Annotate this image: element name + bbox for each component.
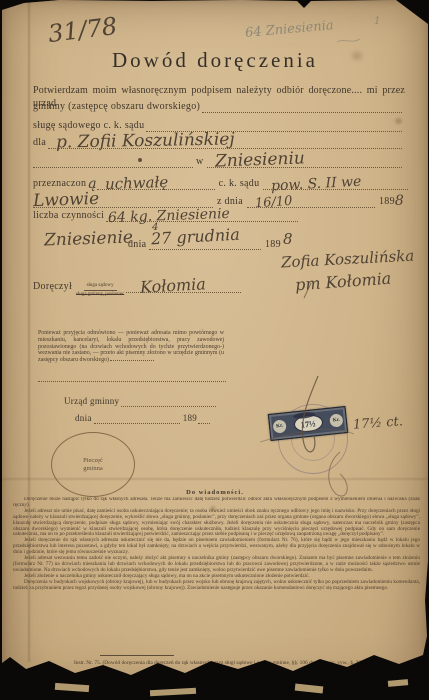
document-paper: 31/78 64 Zniesienia 1 Dowód doręczenia P… bbox=[2, 0, 428, 692]
row-w: w Zniesieniu bbox=[33, 156, 402, 168]
notice-heading: Do wiadomości. bbox=[2, 489, 428, 496]
dla-blank: p. Zofii Koszulińskiej bbox=[48, 146, 402, 149]
seal-label-line1: Pieczęć bbox=[83, 457, 103, 465]
city-handwriting: Lwowie bbox=[33, 189, 100, 211]
pencil-note: 64 Zniesienia bbox=[245, 18, 335, 41]
deposit-clause-line bbox=[38, 381, 226, 382]
doreczyl-role-commune-struck: sługa gminny, posłaniec bbox=[76, 291, 124, 298]
dnia-label: dnia bbox=[128, 239, 146, 250]
date-handwriting: 16/10 bbox=[254, 194, 292, 212]
gminny-blank bbox=[202, 110, 402, 113]
w-blank-left bbox=[33, 165, 193, 168]
notice-paragraph: Jeżeli adresat wezwaniu temu zadość nie … bbox=[13, 556, 420, 574]
office-year-blank bbox=[198, 421, 210, 424]
deposit-clause-blank bbox=[110, 358, 154, 361]
notice-paragraph: Jeżeli doręczenie do rąk własnych adresa… bbox=[13, 538, 420, 556]
torn-paper-fragment bbox=[295, 684, 324, 694]
doreczyl-label: Doręczył bbox=[33, 281, 74, 293]
notice-paragraph: Jeżeli adresat nie umie pisać, datę zami… bbox=[13, 509, 420, 539]
footer-rule bbox=[100, 655, 174, 656]
office-date-blank bbox=[94, 421, 180, 424]
ck-sadu-blank: pow. S. II we bbox=[263, 187, 408, 190]
footer-instruction: Instr. Nr. 75. (Dowód doręczenia dla dor… bbox=[74, 660, 426, 666]
year2-printed: 189 bbox=[265, 239, 281, 250]
year-printed: 189 bbox=[375, 196, 395, 208]
row-liczba: liczba czynności 64 kg. Zniesienie bbox=[33, 210, 298, 222]
office-dnia-label: dnia bbox=[75, 412, 94, 424]
doreczyl-role-choice: sługa sądowy sługa gminny, posłaniec bbox=[76, 283, 124, 298]
sluga-label: sługę sądowego c. k. sądu bbox=[33, 120, 146, 132]
doreczyl-role-court: sługa sądowy bbox=[84, 283, 117, 291]
year-handwriting: 8 bbox=[395, 193, 404, 209]
doreczyl-handwriting: Kołomia bbox=[140, 274, 207, 296]
row-przeznaczon: przeznaczon ą uchwałę c. k. sądu pow. S.… bbox=[33, 174, 408, 190]
row-dla: dla p. Zofii Koszulińskiej bbox=[33, 137, 402, 149]
torn-paper-fragment bbox=[150, 688, 196, 696]
ck-sadu-label: c. k. sądu bbox=[215, 178, 264, 190]
liczba-handwriting: 64 kg. Zniesienie bbox=[108, 206, 230, 226]
w-blank: Zniesieniu bbox=[207, 165, 402, 168]
przeznaczon-handwriting: uchwałę bbox=[104, 173, 168, 193]
w-label: w bbox=[193, 156, 207, 168]
przeznaczon-label: przeznaczon bbox=[33, 178, 88, 190]
urzad-gminny-blank bbox=[121, 404, 216, 407]
doreczyl-blank: Kołomia bbox=[126, 290, 241, 293]
gminny-label: gminny (zastępcę obszaru dworskiego) bbox=[33, 101, 202, 113]
commune-seal-placeholder: Pieczęć gminna bbox=[51, 432, 135, 497]
deliverer-signature: pm Kołomia bbox=[294, 269, 391, 295]
notice-text: Doręczenie może nastąpić tylko do rąk wł… bbox=[13, 497, 420, 650]
date2-handwriting: 27 grudnia bbox=[151, 225, 241, 249]
year2-handwriting: 8 bbox=[283, 230, 293, 248]
form-title: Dowód doręczenia bbox=[2, 48, 428, 73]
urzad-gminny-label: Urząd gminny bbox=[64, 395, 121, 407]
notice-paragraph: Doręczenia w budynkach wojskowych (obron… bbox=[13, 580, 420, 592]
deposit-clause: Ponieważ przyjęcia odmówiono — ponieważ … bbox=[38, 330, 224, 364]
date2-line bbox=[149, 249, 261, 250]
pencil-note-small: 1 bbox=[374, 16, 380, 27]
w-handwriting: Zniesieniu bbox=[214, 148, 304, 171]
liczba-blank: 64 kg. Zniesienie bbox=[106, 219, 298, 222]
row-gminny: gminny (zastępcę obszaru dworskiego) bbox=[33, 101, 402, 113]
dla-handwriting: p. Zofii Koszulińskiej bbox=[56, 129, 235, 152]
stamp-kr-left: Kr. bbox=[273, 419, 287, 433]
row-urzad-gminny: Urząd gminny bbox=[64, 395, 216, 407]
row-office-date: dnia 189 bbox=[75, 412, 216, 424]
place-handwriting: Zniesienie bbox=[44, 227, 134, 250]
recipient-signature: Zofia Koszulińska bbox=[281, 247, 415, 272]
torn-paper-fragment bbox=[388, 679, 408, 687]
date-blank: 16/10 bbox=[247, 205, 375, 208]
przeznaczon-blank: uchwałę bbox=[97, 187, 215, 190]
seal-label-line2: gminna bbox=[83, 465, 103, 473]
stamp-kr-right: Kr. bbox=[329, 413, 343, 427]
file-number-handwriting: 31/78 bbox=[47, 12, 119, 48]
scanned-document-photo: 31/78 64 Zniesienia 1 Dowód doręczenia P… bbox=[0, 0, 429, 700]
office-year-printed: 189 bbox=[180, 412, 198, 424]
dla-label: dla bbox=[33, 137, 48, 149]
fee-handwriting: 17½ ct. bbox=[353, 414, 404, 432]
liczba-label: liczba czynności bbox=[33, 210, 106, 222]
torn-paper-fragment bbox=[55, 683, 89, 692]
row-doreczyl: Doręczył sługa sądowy sługa gminny, posł… bbox=[33, 278, 241, 293]
